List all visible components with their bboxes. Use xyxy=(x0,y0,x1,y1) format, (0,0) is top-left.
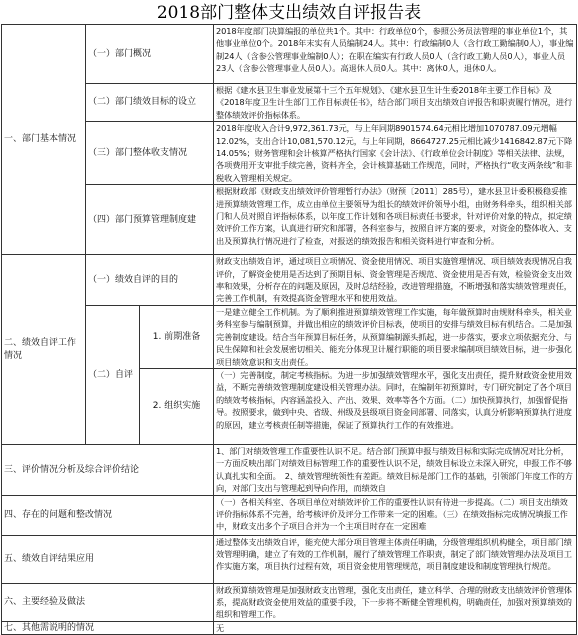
s2-sub1-content: 一是建立健全工作机制。为了顺利推进预算绩效管理工作实施，每年做预算时由规财科牵头… xyxy=(214,305,577,368)
section-3-label: 三、评价情况分析及综合评价结论 xyxy=(2,444,214,495)
s2-item2-label: （二）自评 xyxy=(86,305,140,444)
section-4-label: 四、存在的问题和整改情况 xyxy=(2,495,214,535)
s1-item1-content: 2018年度部门决算编报的单位共1个。其中：行政单位0个，参照公务员法管理的事业… xyxy=(214,25,577,84)
s1-item3-label: （三）部门整体收支情况 xyxy=(86,122,214,185)
s1-item1-label: （一）部门概况 xyxy=(86,25,214,84)
s2-item1-content: 财政支出绩效自评，通过项目立项情况、资金使用情况、项目实施管理情况、项目绩效表现… xyxy=(214,255,577,306)
s1-item4-content: 根据财政部《财政支出绩效评价管理暂行办法》（财预〔2011〕285号），建水县卫… xyxy=(214,185,577,255)
s1-item3-content: 2018年度收入合计9,972,361.73元，与上年同期8901574.64元… xyxy=(214,122,577,185)
s2-sub2-content: （一）完善制度，制定考核指标。为进一步加强绩效管理水平，强化支出责任，提升财政资… xyxy=(214,368,577,444)
s1-item2-content: 根据《建水县卫生事业发展第十三个五年规划》、《建水县卫生计生委2018年主要工作… xyxy=(214,84,577,122)
s6-content: 财政预算绩效管理是加强财政支出管理，强化支出责任，建立科学、合理的财政支出绩效评… xyxy=(214,583,577,610)
s2-item1-label: （一）绩效自评的目的 xyxy=(86,255,214,306)
section-5-label: 五、绩效自评结果应用 xyxy=(2,535,214,583)
section-1-label: 一、部门基本情况 xyxy=(2,25,86,255)
s4-content: （一）各相关科室、各项目单位对绩效评价工作的重要性认识有待进一步提高。（二）项目… xyxy=(214,495,577,535)
s5-content: 通过整体支出绩效自评，能充使大部分项目管理主体责任明确，分级管理组织机构健全，项… xyxy=(214,535,577,583)
report-title: 2018部门整体支出绩效自评报告表 xyxy=(0,0,578,24)
s3-content: 1、部门对绩效管理工作重要性认识不足。结合部门预算申报与绩效目标和实际完成情况对… xyxy=(214,444,577,495)
s1-item2-label: （二）部门绩效目标的设立 xyxy=(86,84,214,122)
report-table: 一、部门基本情况 （一）部门概况 2018年度部门决算编报的单位共1个。其中：行… xyxy=(1,24,577,610)
s2-sub2-label: 2. 组织实施 xyxy=(140,368,214,444)
section-6-label: 六、主要经验及做法 xyxy=(2,583,214,610)
s2-sub1-label: 1. 前期准备 xyxy=(140,305,214,368)
section-2-label: 二、绩效自评工作情况 xyxy=(2,255,86,445)
s1-item4-label: （四）部门预算管理制度建 xyxy=(86,185,214,255)
